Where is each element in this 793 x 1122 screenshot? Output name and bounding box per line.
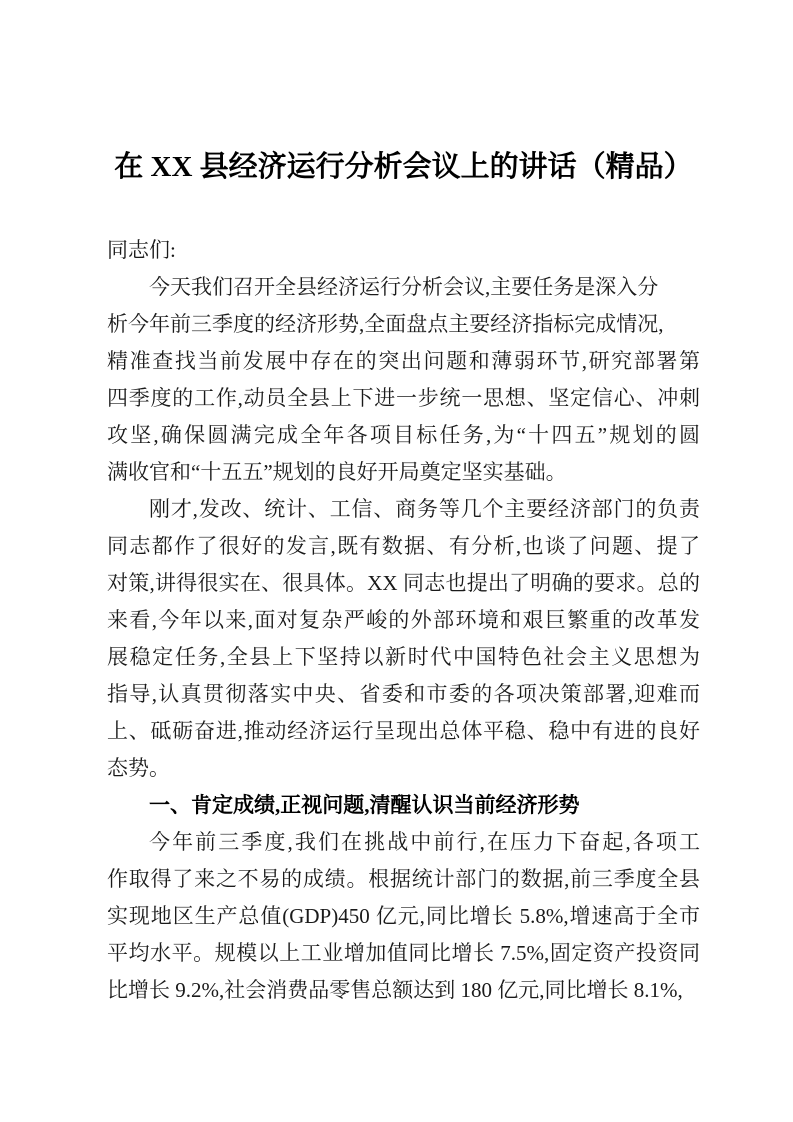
text-line: 四季度的工作,动员全县上下进一步统一思想、坚定信心、冲刺 <box>107 380 700 417</box>
paragraph: 今年前三季度,我们在挑战中前行,在压力下奋起,各项工 作取得了来之不易的成绩。根… <box>107 824 700 1009</box>
text-line: 攻坚,确保圆满完成全年各项目标任务,为“十四五”规划的圆 <box>107 417 700 454</box>
text-line: 析今年前三季度的经济形势,全面盘点主要经济指标完成情况, <box>107 306 700 343</box>
salutation: 同志们: <box>107 232 700 269</box>
document-title: 在 XX 县经济运行分析会议上的讲话（精品） <box>107 145 700 189</box>
document-content: 在 XX 县经济运行分析会议上的讲话（精品） 同志们: 今天我们召开全县经济运行… <box>0 0 793 1009</box>
paragraph: 刚才,发改、统计、工信、商务等几个主要经济部门的负责 同志都作了很好的发言,既有… <box>107 491 700 787</box>
text-line: 上、砥砺奋进,推动经济运行呈现出总体平稳、稳中有进的良好 <box>107 713 700 750</box>
text-line: 今天我们召开全县经济运行分析会议,主要任务是深入分 <box>107 269 700 306</box>
heading-paragraph: 一、肯定成绩,正视问题,清醒认识当前经济形势 <box>107 787 700 824</box>
text-line: 今年前三季度,我们在挑战中前行,在压力下奋起,各项工 <box>107 824 700 861</box>
text-line: 比增长 9.2%,社会消费品零售总额达到 180 亿元,同比增长 8.1%, <box>107 972 700 1009</box>
text-line: 刚才,发改、统计、工信、商务等几个主要经济部门的负责 <box>107 491 700 528</box>
text-line: 平均水平。规模以上工业增加值同比增长 7.5%,固定资产投资同 <box>107 935 700 972</box>
document-page: 在 XX 县经济运行分析会议上的讲话（精品） 同志们: 今天我们召开全县经济运行… <box>0 0 793 1122</box>
text-line: 实现地区生产总值(GDP)450 亿元,同比增长 5.8%,增速高于全市 <box>107 898 700 935</box>
text-line: 精准查找当前发展中存在的突出问题和薄弱环节,研究部署第 <box>107 343 700 380</box>
text-line: 作取得了来之不易的成绩。根据统计部门的数据,前三季度全县 <box>107 861 700 898</box>
section-heading: 一、肯定成绩,正视问题,清醒认识当前经济形势 <box>107 787 700 824</box>
text-line: 满收官和“十五五”规划的良好开局奠定坚实基础。 <box>107 454 700 491</box>
text-line: 指导,认真贯彻落实中央、省委和市委的各项决策部署,迎难而 <box>107 676 700 713</box>
text-line: 同志都作了很好的发言,既有数据、有分析,也谈了问题、提了 <box>107 528 700 565</box>
salutation-paragraph: 同志们: <box>107 232 700 269</box>
paragraph: 今天我们召开全县经济运行分析会议,主要任务是深入分 析今年前三季度的经济形势,全… <box>107 269 700 491</box>
text-line: 来看,今年以来,面对复杂严峻的外部环境和艰巨繁重的改革发 <box>107 602 700 639</box>
text-line: 展稳定任务,全县上下坚持以新时代中国特色社会主义思想为 <box>107 639 700 676</box>
text-line: 对策,讲得很实在、很具体。XX 同志也提出了明确的要求。总的 <box>107 565 700 602</box>
text-line: 态势。 <box>107 750 700 787</box>
